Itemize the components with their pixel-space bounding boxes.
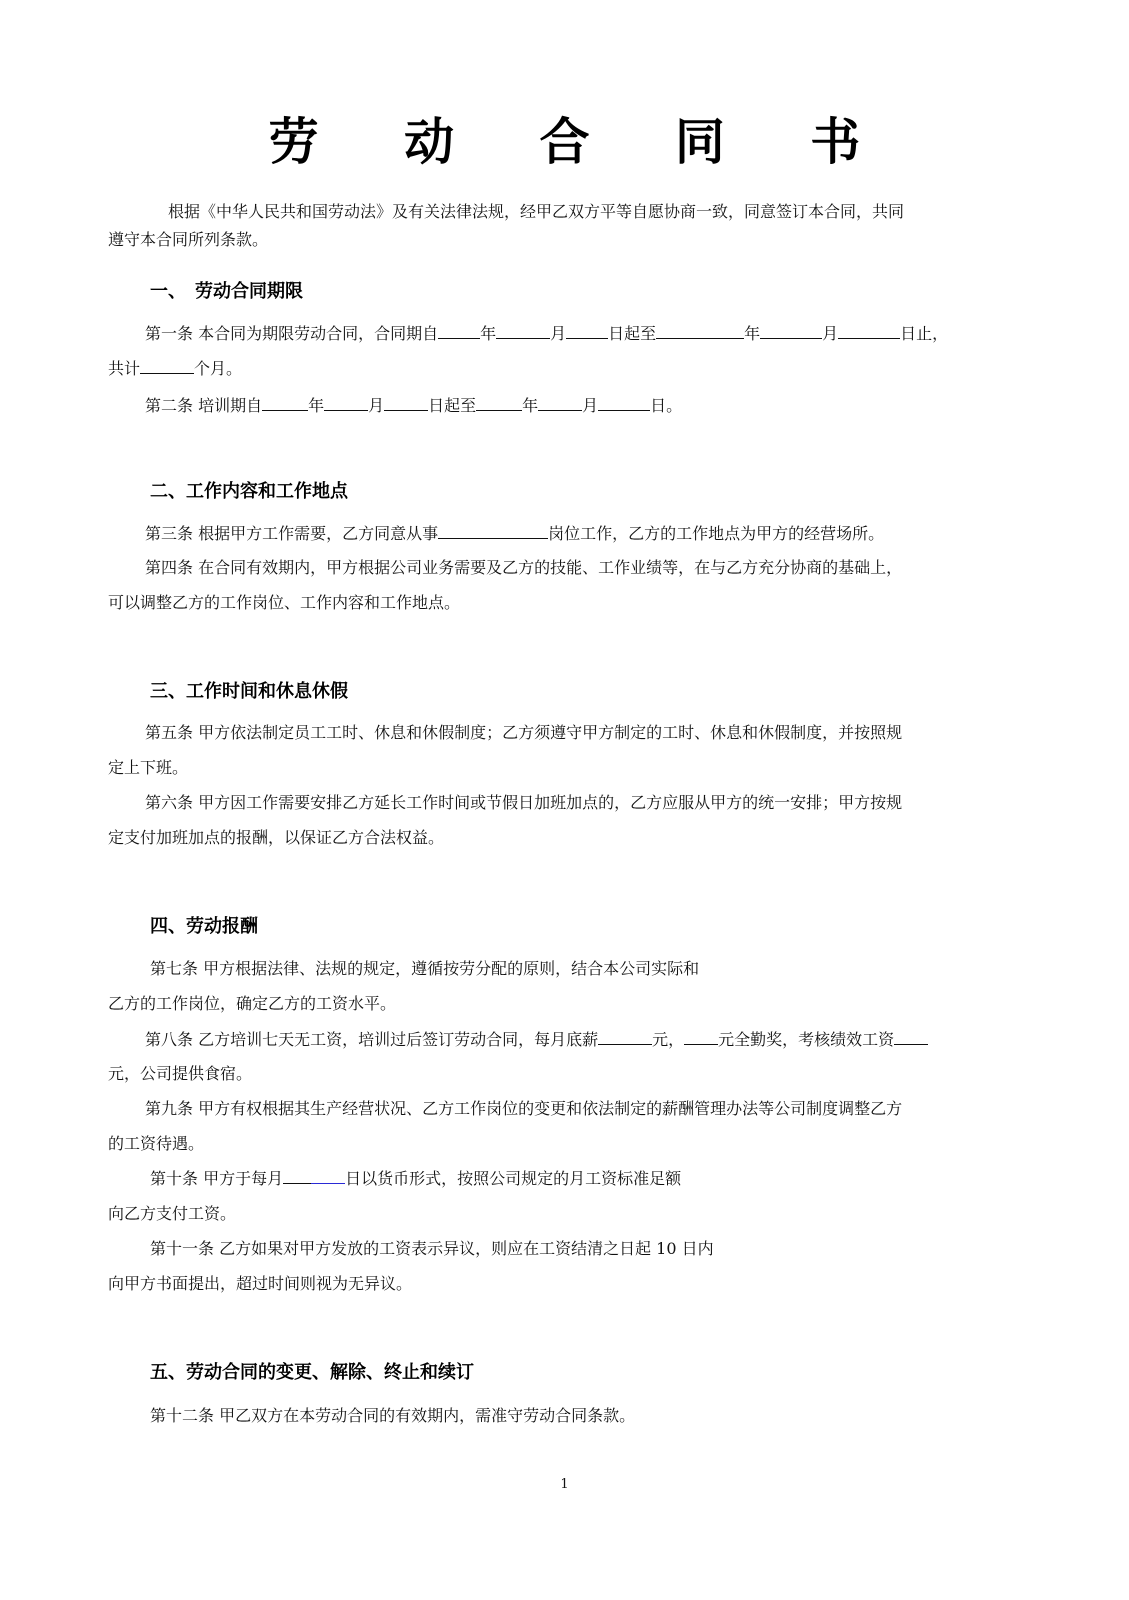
label-year: 年	[308, 396, 324, 415]
blank-start-month[interactable]	[496, 322, 550, 339]
blank-attendance-bonus[interactable]	[684, 1028, 718, 1045]
blank-training-end-day[interactable]	[598, 394, 650, 411]
blank-training-end-month[interactable]	[538, 394, 582, 411]
article-4-line-1: 第四条 在合同有效期内，甲方根据公司业务需要及乙方的技能、工作业绩等，在与乙方充…	[145, 557, 902, 579]
section-heading-2: 二、工作内容和工作地点	[150, 480, 348, 504]
document-title: 劳 动 合 同 书	[0, 112, 1129, 172]
section-heading-3: 三、工作时间和休息休假	[150, 680, 348, 704]
section-heading-4: 四、劳动报酬	[150, 915, 258, 939]
section-heading-5: 五、劳动合同的变更、解除、终止和续订	[150, 1361, 474, 1385]
label-year: 年	[522, 396, 538, 415]
article-3-text: 第三条 根据甲方工作需要，乙方同意从事	[145, 524, 438, 543]
article-7-line-2: 乙方的工作岗位，确定乙方的工资水平。	[108, 993, 396, 1015]
article-6-line-2: 定支付加班加点的报酬，以保证乙方合法权益。	[108, 827, 444, 849]
label-day-end: 日。	[650, 396, 682, 415]
article-7-line-1: 第七条 甲方根据法律、法规的规定，遵循按劳分配的原则，结合本公司实际和	[150, 958, 699, 980]
label-month: 月	[582, 396, 598, 415]
label-year: 年	[744, 324, 760, 343]
article-10-text: 第十条 甲方于每月	[150, 1169, 283, 1188]
page-number: 1	[0, 1477, 1129, 1493]
label-month: 月	[822, 324, 838, 343]
article-1-text: 第一条 本合同为期限劳动合同，合同期自	[145, 324, 438, 343]
blank-end-year[interactable]	[656, 322, 744, 339]
article-9-line-1: 第九条 甲方有权根据其生产经营状况、乙方工作岗位的变更和依法制定的薪酬管理办法等…	[145, 1098, 902, 1120]
blank-training-start-year[interactable]	[262, 394, 308, 411]
article-8-text-mid: 元全勤奖，考核绩效工资	[718, 1030, 894, 1049]
article-3-text-tail: 岗位工作，乙方的工作地点为甲方的经营场所。	[548, 524, 884, 543]
blank-training-start-month[interactable]	[324, 394, 368, 411]
article-12-line-1: 第十二条 甲乙双方在本劳动合同的有效期内，需准守劳动合同条款。	[150, 1405, 635, 1427]
section-heading-1: 一、 劳动合同期限	[150, 280, 303, 304]
label-months: 个月。	[194, 359, 242, 378]
blank-position[interactable]	[438, 522, 548, 539]
label-day-end: 日止，	[900, 324, 948, 343]
label-until: 日起至	[608, 324, 656, 343]
article-1-line-2: 共计个月。	[108, 357, 242, 380]
label-month: 月	[550, 324, 566, 343]
blank-start-year[interactable]	[438, 322, 480, 339]
blank-payday[interactable]	[283, 1168, 345, 1184]
article-2-text: 第二条 培训期自	[145, 396, 262, 415]
blank-training-end-year[interactable]	[476, 394, 522, 411]
article-10-line-1: 第十条 甲方于每月日以货币形式，按照公司规定的月工资标准足额	[150, 1168, 681, 1190]
blank-total-months[interactable]	[140, 357, 194, 374]
article-5-line-1: 第五条 甲方依法制定员工工时、休息和休假制度；乙方须遵守甲方制定的工时、休息和休…	[145, 722, 902, 744]
article-6-line-1: 第六条 甲方因工作需要安排乙方延长工作时间或节假日加班加点的，乙方应服从甲方的统…	[145, 792, 902, 814]
label-until: 日起至	[428, 396, 476, 415]
article-4-line-2: 可以调整乙方的工作岗位、工作内容和工作地点。	[108, 592, 460, 614]
label-year: 年	[480, 324, 496, 343]
article-3-line-1: 第三条 根据甲方工作需要，乙方同意从事岗位工作，乙方的工作地点为甲方的经营场所。	[145, 522, 884, 545]
preamble-line-1: 根据《中华人民共和国劳动法》及有关法律法规，经甲乙双方平等自愿协商一致，同意签订…	[168, 201, 904, 223]
blank-performance-pay[interactable]	[894, 1028, 928, 1045]
blank-end-day[interactable]	[838, 322, 900, 339]
article-11-line-2: 向甲方书面提出，超过时间则视为无异议。	[108, 1273, 412, 1295]
label-month: 月	[368, 396, 384, 415]
article-8-line-1: 第八条 乙方培训七天无工资，培训过后签订劳动合同，每月底薪元，元全勤奖，考核绩效…	[145, 1028, 928, 1051]
preamble-line-2: 遵守本合同所列条款。	[108, 229, 268, 251]
label-total: 共计	[108, 359, 140, 378]
document-page: 劳 动 合 同 书 根据《中华人民共和国劳动法》及有关法律法规，经甲乙双方平等自…	[0, 0, 1129, 1600]
article-8-text: 第八条 乙方培训七天无工资，培训过后签订劳动合同，每月底薪	[145, 1030, 598, 1049]
article-2-line-1: 第二条 培训期自年月日起至年月日。	[145, 394, 682, 417]
article-10-line-2: 向乙方支付工资。	[108, 1203, 236, 1225]
blank-start-day[interactable]	[566, 322, 608, 339]
article-8-line-2: 元，公司提供食宿。	[108, 1063, 252, 1085]
blank-end-month[interactable]	[760, 322, 822, 339]
blank-training-start-day[interactable]	[384, 394, 428, 411]
article-9-line-2: 的工资待遇。	[108, 1133, 204, 1155]
article-11-line-1: 第十一条 乙方如果对甲方发放的工资表示异议，则应在工资结清之日起 10 日内	[150, 1238, 714, 1260]
label-yuan: 元，	[652, 1030, 684, 1049]
article-5-line-2: 定上下班。	[108, 757, 188, 779]
article-1-line-1: 第一条 本合同为期限劳动合同，合同期自年月日起至年月日止，	[145, 322, 948, 345]
blank-base-salary[interactable]	[598, 1028, 652, 1045]
article-10-text-tail: 日以货币形式，按照公司规定的月工资标准足额	[345, 1169, 681, 1188]
